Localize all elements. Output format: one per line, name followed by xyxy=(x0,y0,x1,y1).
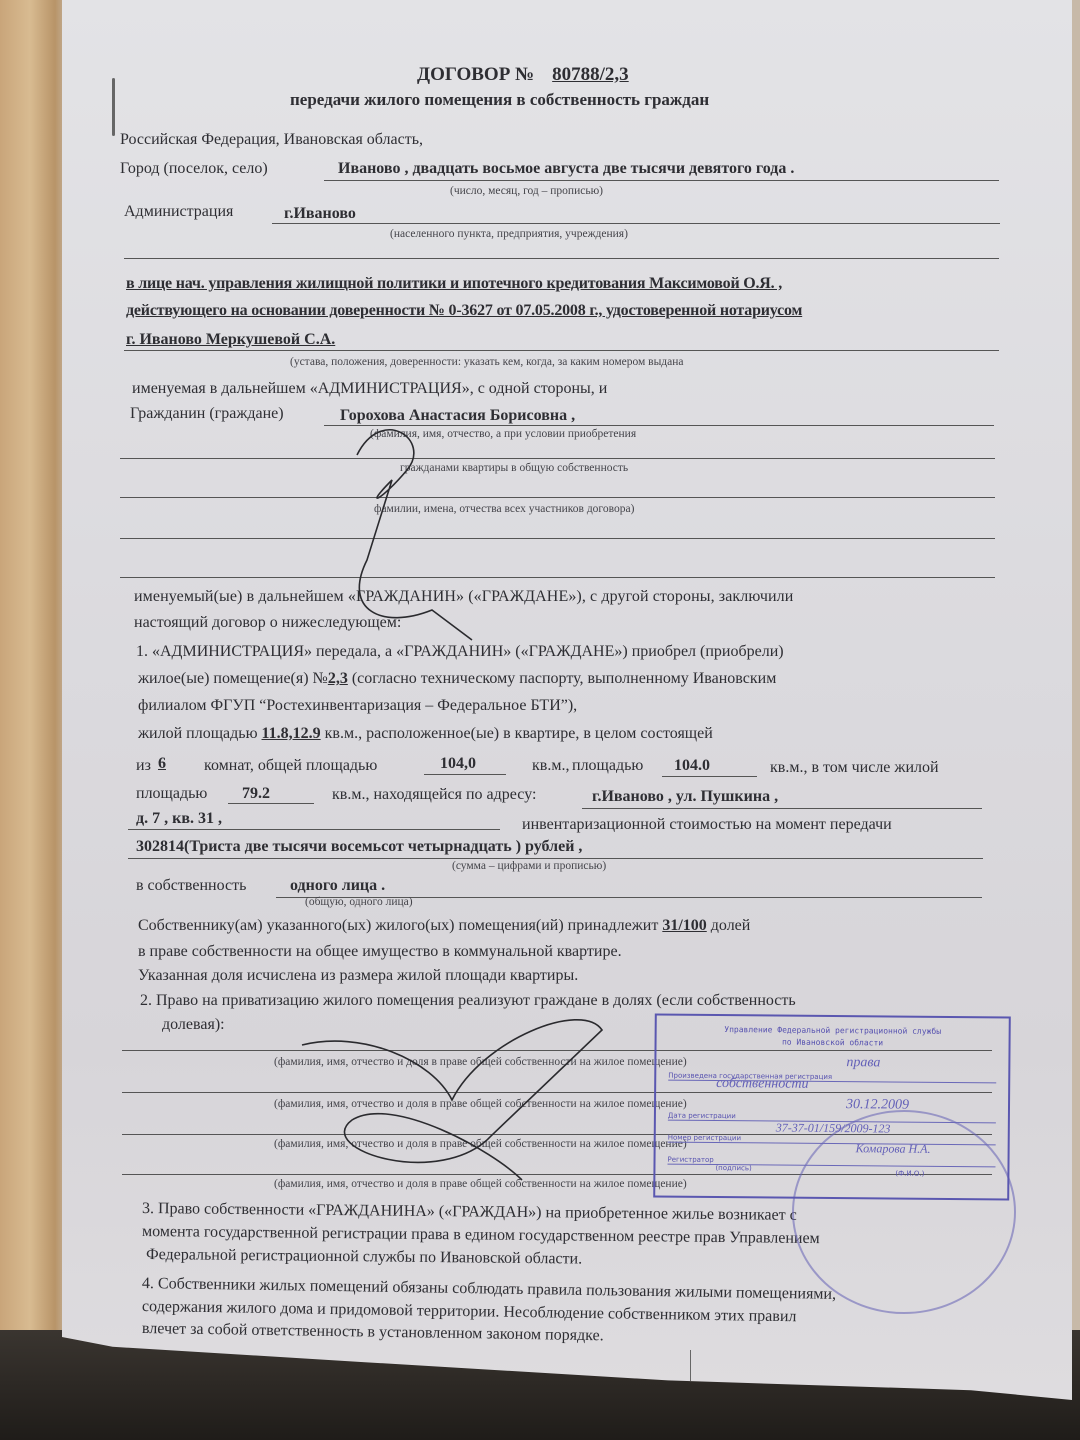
rooms-prefix: из xyxy=(136,757,151,775)
stamp-hand-number: 37-37-01/159/2009-123 xyxy=(776,1121,891,1137)
cost-hint: (сумма – цифрами и прописью) xyxy=(452,860,606,872)
living-area: 11.8,12.9 xyxy=(262,725,321,742)
stamp-hand-registrar: Комарова Н.А. xyxy=(856,1141,931,1157)
citizen-label: Гражданин (граждане) xyxy=(130,405,284,423)
area-label: площадью xyxy=(572,757,643,775)
total-area-label: комнат, общей площадью xyxy=(204,757,377,775)
represent-line-1: в лице нач. управления жилищной политики… xyxy=(126,275,782,293)
clause2-line2: долевая): xyxy=(162,1016,225,1034)
contract-title: ДОГОВОР №80788/2,3 xyxy=(417,64,629,86)
represent-hint: (устава, положения, доверенности: указат… xyxy=(290,356,684,368)
contract-number: 80788/2,3 xyxy=(552,64,629,85)
share-holder-hint-4: (фамилия, имя, отчество и доля в праве о… xyxy=(274,1178,687,1190)
room-number: 2,3 xyxy=(328,670,348,687)
clause1-line4: жилой площадью 11.8,12.9 кв.м., располож… xyxy=(138,725,713,743)
citizen-hint-3: фамилии, имена, отчества всех участников… xyxy=(374,503,634,515)
share-line: Собственнику(ам) указанного(ых) жилого(ы… xyxy=(138,917,750,935)
admin-hint: (населенного пункта, предприятия, учрежд… xyxy=(390,228,628,240)
area-value: 104.0 xyxy=(674,757,710,775)
clause1-line2: жилое(ые) помещение(я) №2,3 (согласно те… xyxy=(138,670,776,688)
admin-label: Администрация xyxy=(124,203,233,221)
share-holder-hint-3: (фамилия, имя, отчество и доля в праве о… xyxy=(274,1138,687,1150)
region-line: Российская Федерация, Ивановская область… xyxy=(120,131,423,149)
admin-named-line: именуемая в дальнейшем «АДМИНИСТРАЦИЯ», … xyxy=(132,380,607,398)
address-line-1: г.Иваново , ул. Пушкина , xyxy=(592,788,778,806)
ownership-hint: (общую, одного лица) xyxy=(305,896,413,908)
cost-value: 302814(Триста две тысячи восемьсот четыр… xyxy=(136,838,582,856)
citizen-named-line-1: именуемый(ые) в дальнейшем «ГРАЖДАНИН» (… xyxy=(134,588,793,606)
citizen-value: Горохова Анастасия Борисовна , xyxy=(340,407,575,425)
admin-value: г.Иваново xyxy=(284,205,356,223)
city-hint: (число, месяц, год – прописью) xyxy=(450,185,603,197)
city-label: Город (поселок, село) xyxy=(120,160,268,178)
living-total: 79.2 xyxy=(242,785,270,803)
represent-line-2: действующего на основании доверенности №… xyxy=(126,302,802,320)
staple-mark xyxy=(112,78,115,136)
sqm-label: кв.м., xyxy=(532,757,569,775)
stamp-hand-date: 30.12.2009 xyxy=(846,1097,909,1114)
clause3-line1: 3. Право собственности «ГРАЖДАНИНА» («ГР… xyxy=(142,1200,797,1225)
clause3-line3: Федеральной регистрационной службы по Ив… xyxy=(146,1246,582,1269)
share-holder-hint-2: (фамилия, имя, отчество и доля в праве о… xyxy=(274,1098,687,1110)
ownership-value: одного лица . xyxy=(290,877,385,895)
total-area: 104,0 xyxy=(440,755,476,773)
clause4-line3: влечет за собой ответственность в устано… xyxy=(142,1320,604,1345)
share-line-3: Указанная доля исчислена из размера жило… xyxy=(138,967,578,985)
represent-line-3: г. Иваново Меркушевой С.А. xyxy=(126,331,335,349)
registration-stamp: Управление Федеральной регистрационной с… xyxy=(653,1013,1011,1200)
contract-page: ДОГОВОР №80788/2,3 передачи жилого помещ… xyxy=(62,0,1072,1400)
inventory-label: инвентаризационной стоимостью на момент … xyxy=(522,816,892,834)
citizen-hint-1: (фамилия, имя, отчество, а при условии п… xyxy=(370,428,636,440)
living-label: площадью xyxy=(136,785,207,803)
clause1-line3: филиалом ФГУП “Ростехинвентаризация – Фе… xyxy=(138,697,577,715)
stamp-signature-label: (подпись) xyxy=(715,1164,751,1172)
ownership-label: в собственность xyxy=(136,877,246,895)
stamp-fio-label: (Ф.И.О.) xyxy=(895,1170,924,1178)
share-line-2: в праве собственности на общее имущество… xyxy=(138,943,622,961)
stamp-header-2: по Ивановской области xyxy=(657,1035,1009,1050)
share-holder-hint-1: (фамилия, имя, отчество и доля в праве о… xyxy=(274,1056,687,1068)
clause3-line2: момента государственной регистрации прав… xyxy=(142,1223,820,1248)
citizen-hint-2: гражданами квартиры в общую собственност… xyxy=(400,462,628,474)
citizen-named-line-2: настоящий договор о нижеследующем: xyxy=(134,614,401,632)
clause1-line1: 1. «АДМИНИСТРАЦИЯ» передала, а «ГРАЖДАНИ… xyxy=(136,643,784,661)
city-value: Иваново , двадцать восьмое августа две т… xyxy=(338,160,794,178)
address-label: кв.м., находящейся по адресу: xyxy=(332,786,536,804)
incl-living-label: кв.м., в том числе жилой xyxy=(770,759,939,777)
clause2-line1: 2. Право на приватизацию жилого помещени… xyxy=(140,992,796,1010)
stamp-hand-ownership: собственности xyxy=(716,1076,809,1093)
address-line-2: д. 7 , кв. 31 , xyxy=(136,810,222,828)
share-value: 31/100 xyxy=(662,917,706,934)
contract-subtitle: передачи жилого помещения в собственност… xyxy=(290,90,709,110)
rooms-count: 6 xyxy=(158,755,166,773)
stamp-hand-right: права xyxy=(846,1055,880,1071)
